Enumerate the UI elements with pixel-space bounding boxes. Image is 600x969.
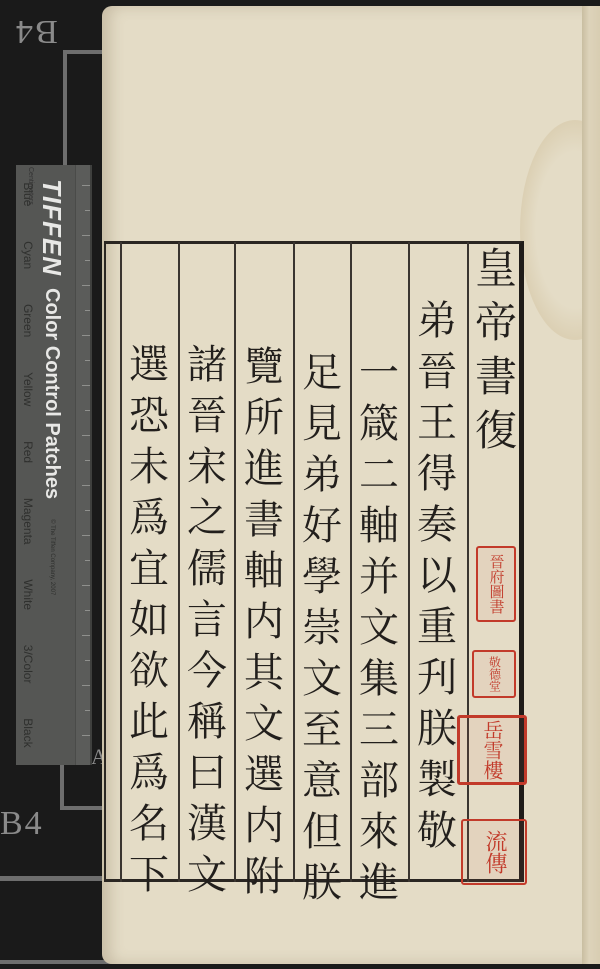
collector-seal-1: 晉府圖書 — [476, 546, 516, 622]
text-column-4: 足見弟好學崇文至意但朕 — [295, 348, 351, 909]
tiffen-color-card: Blue Cyan Green Yellow Red Magenta White… — [16, 165, 92, 765]
copyright-text: © The Tiffen Company, 2007 — [49, 519, 55, 595]
column-text: 覽所進書軸内其文選内附 — [244, 342, 286, 903]
card-title: Color Control Patches — [41, 288, 64, 499]
column-text: 諸晉宋之儒言今稱曰漢文 — [187, 340, 229, 901]
b4-marker-top: B4 — [14, 12, 58, 50]
column-text: 選恐未爲宜如欲此爲名下 — [129, 340, 171, 901]
guide-line — [0, 876, 102, 881]
collector-seal-3: 岳雪樓 — [457, 715, 527, 785]
brand-row: TIFFEN Color Control Patches © The Tiffe… — [32, 179, 72, 595]
guide-line — [63, 50, 103, 54]
card-rotated-content: Blue Cyan Green Yellow Red Magenta White… — [16, 165, 90, 765]
collector-seal-4: 流傳 — [461, 819, 527, 885]
guide-line — [60, 760, 64, 808]
text-column-7: 選恐未爲宜如欲此爲名下 — [122, 340, 178, 901]
column-text: 弟晉王 得奏以重刋朕製敬 — [417, 296, 459, 857]
column-text: 一箴二軸并文集三部來進 — [359, 348, 401, 909]
collector-seal-2: 敬德堂 — [472, 650, 516, 698]
patch-label: 3/Color — [21, 645, 35, 684]
guide-line — [63, 50, 67, 168]
tiffen-logo: TIFFEN — [37, 179, 68, 276]
b4-marker-bottom: B4 — [0, 805, 44, 843]
measure-label: Centimeters — [27, 167, 34, 205]
text-column-3: 一箴二軸并文集三部來進 — [352, 348, 408, 909]
column-text: 足見弟好學崇文至意但朕 — [302, 348, 344, 909]
text-column-6: 諸晉宋之儒言今稱曰漢文 — [180, 340, 236, 901]
guide-line — [60, 806, 102, 810]
page-edge — [582, 6, 600, 964]
patch-label: Black — [21, 718, 35, 747]
text-column-5: 覽所進書軸内其文選内附 — [237, 342, 293, 903]
